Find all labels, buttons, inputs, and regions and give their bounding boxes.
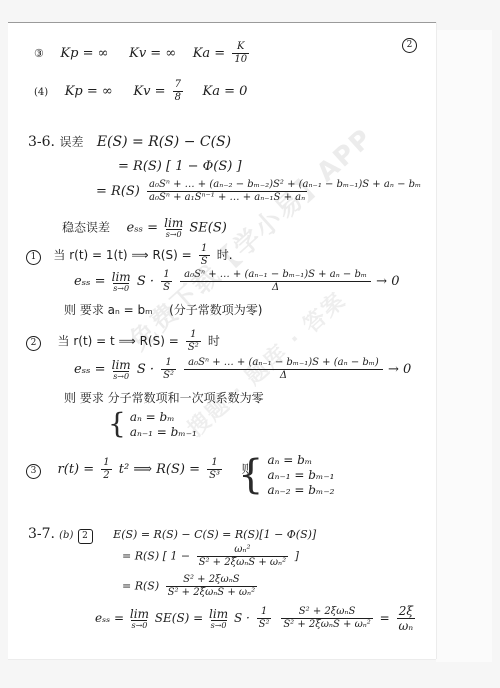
equation-lhs: = R(S) [122,580,159,593]
limit: lim s→0 [112,359,131,381]
equation-lhs: = R(S) [96,184,140,199]
case-2-condition: 2 当 r(t) = t ⟹ R(S) = 1 S² 时 [26,330,220,353]
problem-3-7-header: 3-7. (b) 2 E(S) = R(S) − C(S) = R(S)[1 −… [28,527,316,544]
condition-lhs: r(t) = [58,462,95,477]
page-number: 2 [402,37,417,53]
ess-lhs: eₛₛ = [74,274,105,289]
kp-value: Kp = ∞ [60,46,108,61]
kp-value: Kp = ∞ [65,84,113,99]
ess-lhs: eₛₛ = [95,611,124,625]
ess-rhs: SE(S) [189,221,226,236]
steady-label: 稳态误差 [62,221,110,235]
frac-1: 1 S [161,270,172,293]
sub-label: (b) [59,530,73,541]
ess-mid: SE(S) = [155,611,203,625]
condition: aₙ₋₂ = bₘ₋₂ [267,484,334,496]
half-fraction: 1 2 [101,458,111,481]
case-3-condition: 3 r(t) = 1 2 t² ⟹ R(S) = 1 S³ 则 [26,458,254,481]
arrow: → 0 [388,362,411,377]
case-1-condition: 1 当 r(t) = 1(t) ⟹ R(S) = 1 S 时. [26,244,233,267]
case-1-ess: eₛₛ = lim s→0 S · 1 S a₀Sⁿ + … + (aₙ₋₁ −… [74,270,399,293]
case-marker: 3 [26,464,41,479]
error-transfer-fraction: a₀Sⁿ + … + (aₙ₋₂ − bₘ₋₂)S² + (aₙ₋₁ − bₘ₋… [147,180,423,203]
limit: lim s→0 [112,271,131,293]
condition-text: 当 r(t) = 1(t) ⟹ R(S) = [53,248,191,262]
ka-fraction: K 10 [232,42,249,65]
brace-icon: { [108,410,126,438]
note: (分子常数项为零) [169,303,262,317]
suffix: 时. [217,248,233,262]
frac-2: a₀Sⁿ + … + (aₙ₋₁ − bₘ₋₁)S + aₙ − bₘ Δ [182,270,369,293]
case-2-conditions: { aₙ = bₘ aₙ₋₁ = bₘ₋₁ [108,410,197,438]
limit: lim s→0 [209,608,228,630]
problem-label: 3-7. [28,526,55,542]
problem-label: 3-6. [28,134,55,150]
frac-1: 1 S² [161,358,176,381]
conclusion: 则 要求 分子常数项和一次项系数为零 [64,391,264,405]
equation: E(S) = R(S) − C(S) [97,134,231,150]
answer-line-3: ③ Kp = ∞ Kv = ∞ Ka = K 10 [34,42,252,65]
case-2-conclusion: 则 要求 分子常数项和一次项系数为零 [64,392,264,405]
circled-marker: 2 [78,529,93,544]
equation: E(S) = R(S) − C(S) = R(S)[1 − Φ(S)] [113,528,316,541]
problem-3-7-ess: eₛₛ = lim s→0 SE(S) = lim s→0 S · 1 S² S… [95,605,418,632]
item-marker: (4) [34,87,48,98]
ess-lhs: eₛₛ = [127,221,158,236]
page-number-circle: 2 [402,38,417,53]
ka-value: Ka = 0 [203,84,248,99]
condition: aₙ₋₁ = bₘ₋₁ [130,426,197,438]
scan-margin [436,30,492,662]
answer-line-4: (4) Kp = ∞ Kv = 7 8 Ka = 0 [34,80,247,103]
condition: aₙ = bₘ [130,411,197,423]
error-label: 误差 [59,135,83,149]
condition-system: { aₙ = bₘ aₙ₋₁ = bₘ₋₁ [108,410,197,438]
mid: S · [137,274,154,289]
kv-value: Kv = ∞ [129,46,176,61]
brace-icon: { [238,455,263,495]
condition: aₙ = bₘ [267,454,334,466]
ess-mid2: S · [234,611,250,625]
condition-mid: t² ⟹ R(S) = [119,462,200,477]
limit: lim s→0 [130,608,149,630]
condition-system: { aₙ = bₘ aₙ₋₁ = bₘ₋₁ aₙ₋₂ = bₘ₋₂ [238,454,334,496]
error-fraction: S² + 2ξωₙS S² + 2ξωₙS + ωₙ² [166,575,257,598]
equation-lhs: = R(S) [ 1 − [122,550,190,563]
kv-lhs: Kv = [133,84,165,99]
closed-loop-fraction: ωₙ² S² + 2ξωₙS + ωₙ² [197,545,288,568]
equation-line: = R(S) S² + 2ξωₙS S² + 2ξωₙS + ωₙ² [122,575,260,598]
problem-3-6-header: 3-6. 误差 E(S) = R(S) − C(S) [28,135,231,149]
item-marker: ③ [34,47,44,60]
input-fraction: 1 S² [186,330,201,353]
arrow: → 0 [376,274,399,289]
frac-2: S² + 2ξωₙS S² + 2ξωₙS + ωₙ² [281,607,372,630]
steady-state-error-def: 稳态误差 eₛₛ = lim s→0 SE(S) [62,217,227,239]
condition: aₙ₋₁ = bₘ₋₁ [267,469,334,481]
conclusion: 则 要求 aₙ = bₘ [64,303,153,317]
equation-line: = R(S) [ 1 − Φ(S) ] [118,160,242,173]
case-marker: 1 [26,250,41,265]
frac-2: a₀Sⁿ + … + (aₙ₋₁ − bₘ₋₁)S + (aₙ − bₘ) Δ [186,358,381,381]
case-1-conclusion: 则 要求 aₙ = bₘ (分子常数项为零) [64,304,262,317]
kv-fraction: 7 8 [173,80,183,103]
equation-line: = R(S) [ 1 − ωₙ² S² + 2ξωₙS + ωₙ² ] [122,545,299,568]
ess-lhs: eₛₛ = [74,362,105,377]
limit: lim s→0 [164,217,183,239]
bracket: ] [295,550,299,563]
equals: = [380,611,390,625]
suffix: 时 [208,334,220,348]
ka-lhs: Ka = [193,46,226,61]
result-fraction: 2ξ ωₙ [397,605,416,632]
frac-1: 1 S² [257,607,272,630]
input-fraction: 1 S [199,244,210,267]
equation-line: = R(S) a₀Sⁿ + … + (aₙ₋₂ − bₘ₋₂)S² + (aₙ₋… [96,180,426,203]
case-marker: 2 [26,336,41,351]
mid: S · [137,362,154,377]
case-3-conditions: { aₙ = bₘ aₙ₋₁ = bₘ₋₁ aₙ₋₂ = bₘ₋₂ [238,454,334,496]
case-2-ess: eₛₛ = lim s→0 S · 1 S² a₀Sⁿ + … + (aₙ₋₁ … [74,358,411,381]
condition-text: 当 r(t) = t ⟹ R(S) = [58,334,179,348]
input-fraction: 1 S³ [207,458,222,481]
